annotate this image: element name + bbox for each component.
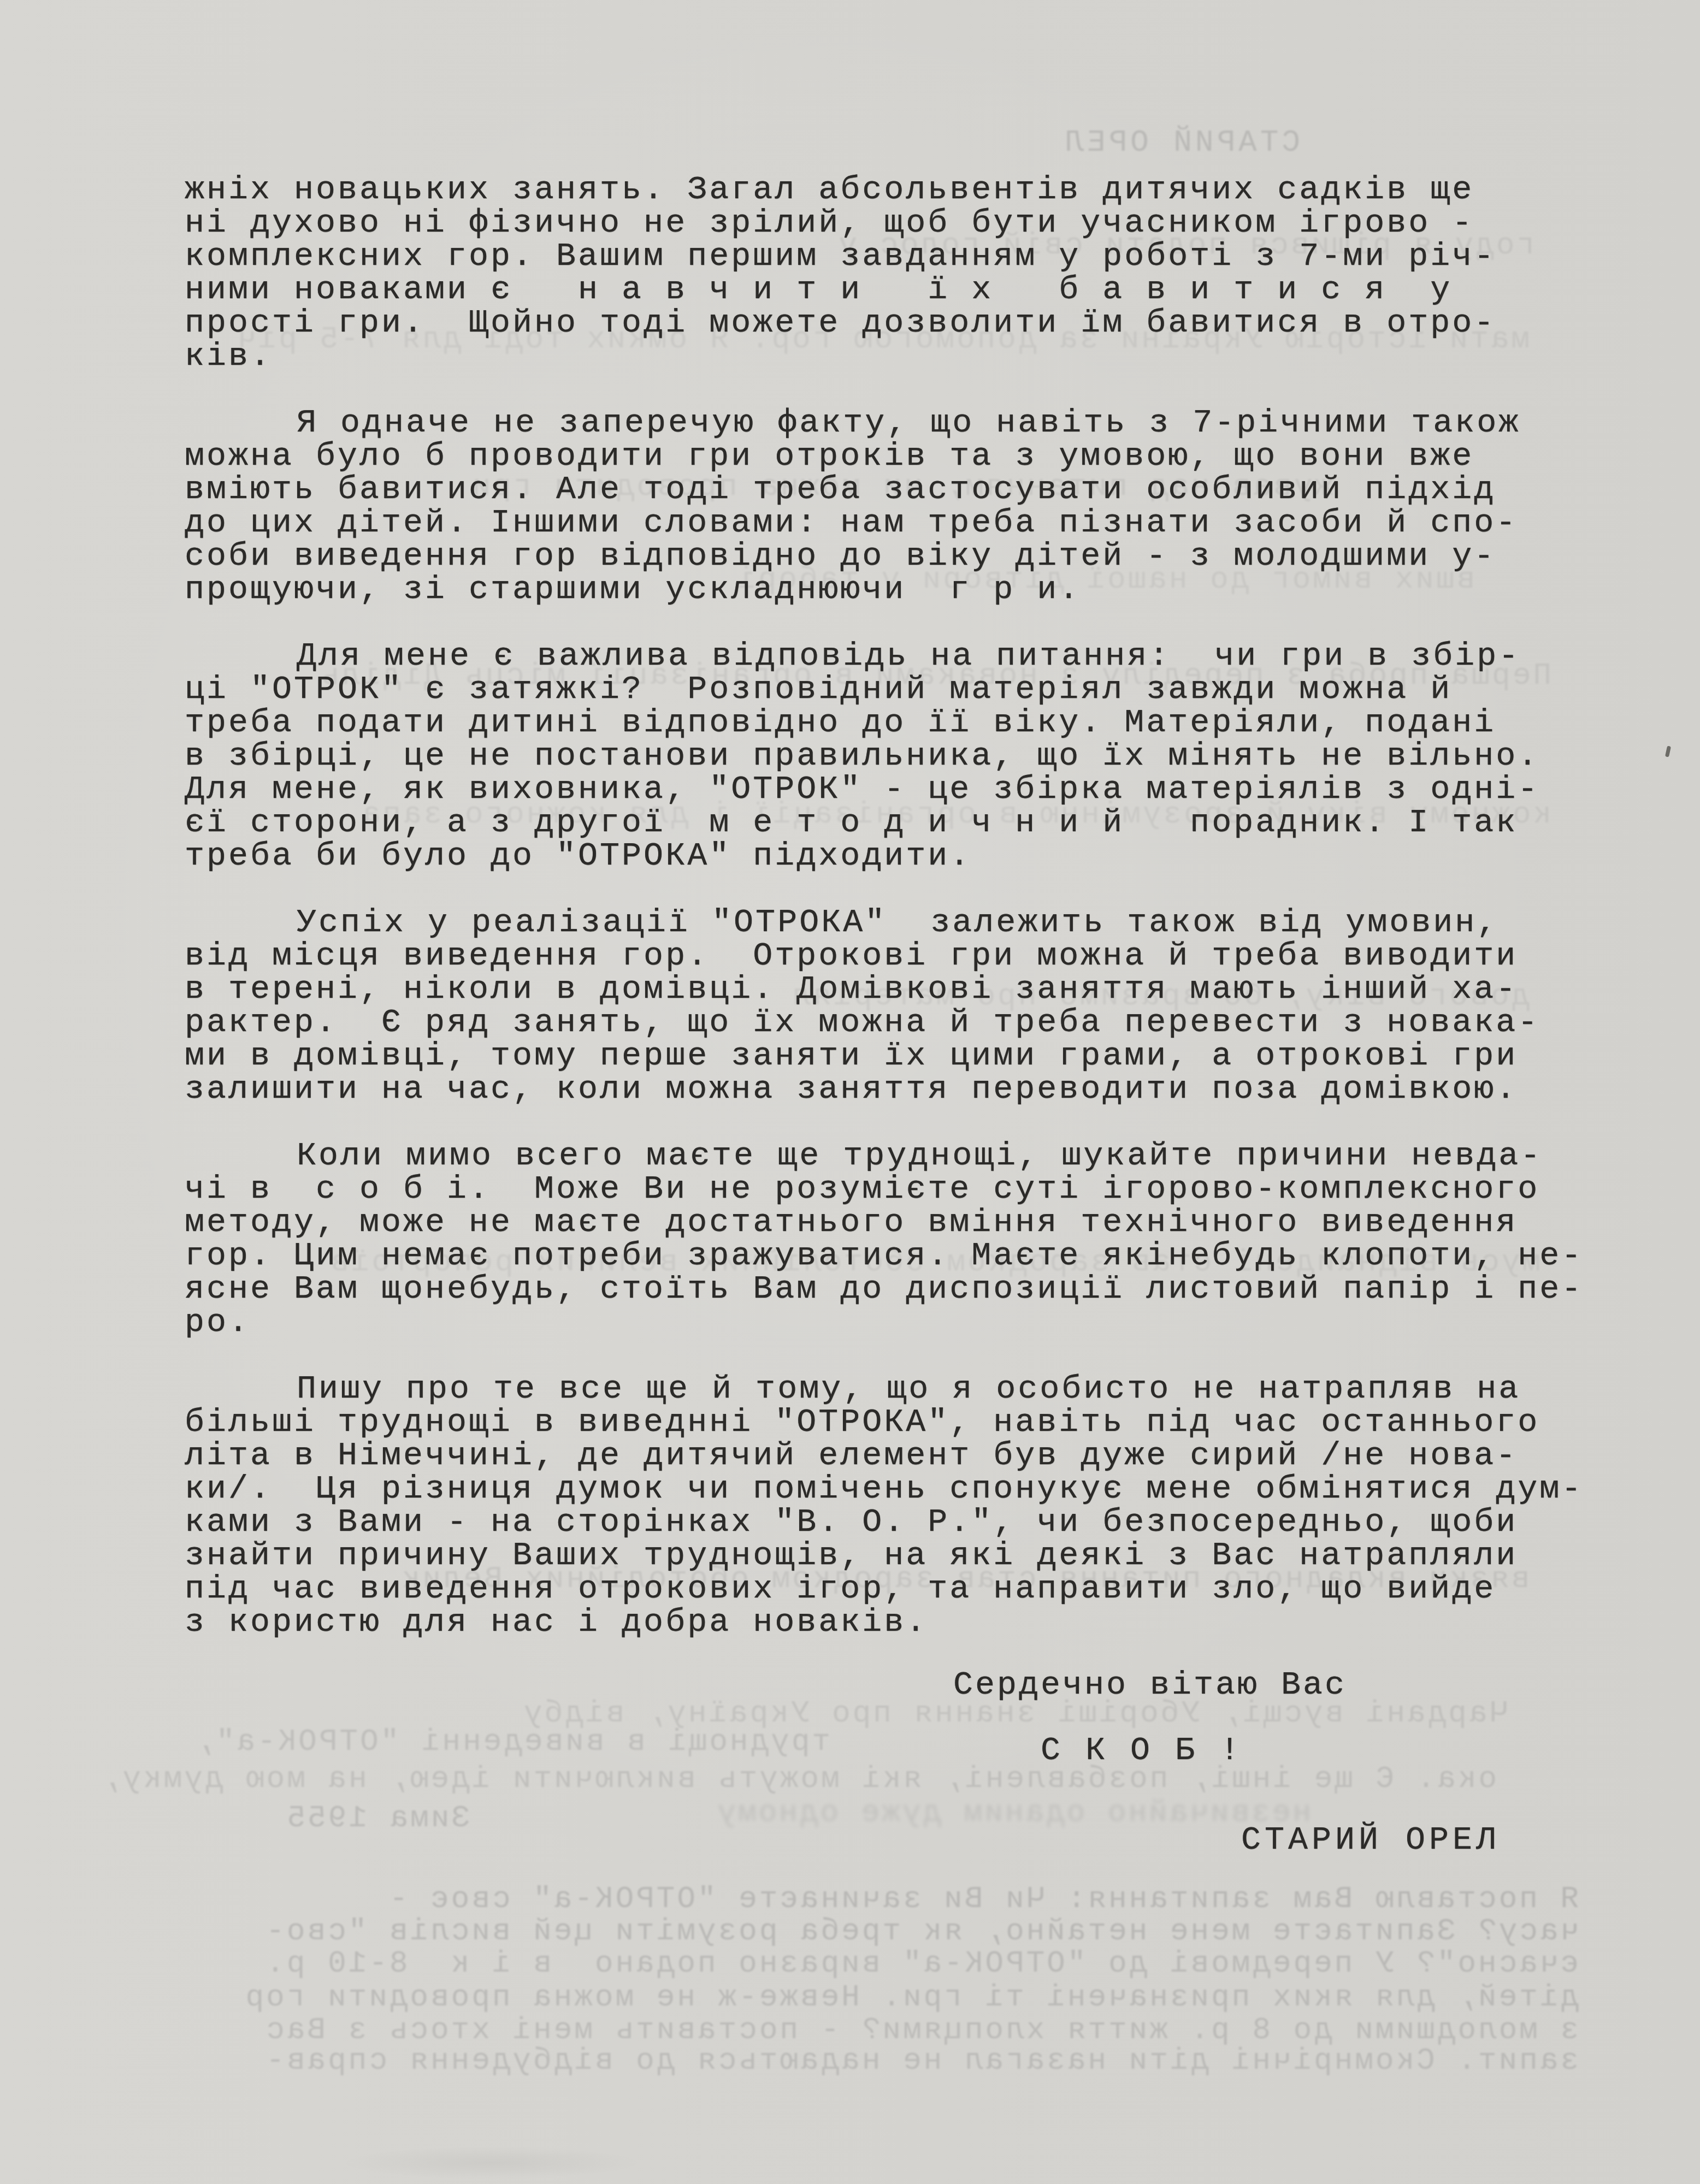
scan-speck	[1665, 745, 1671, 757]
letter-line: прості гри. Щойно тоді можете дозволити …	[185, 307, 1561, 340]
bleedthrough-line: з молодшими до 8 р. життя хлопцями? - по…	[93, 2014, 1579, 2046]
letter-line: єї сторони, а з другої м е т о д и ч н и…	[185, 807, 1561, 840]
scan-smudge	[339, 2146, 645, 2179]
letter-line: гор. Цим немає потреби зражуватися. Маєт…	[185, 1240, 1561, 1273]
letter-line: треба би було до "ОТРОКА" підходити.	[185, 840, 1561, 873]
bleedthrough-top-signature: СТАРИЙ ОРЕЛ	[1060, 127, 1300, 159]
bleedthrough-line: Я поставлю Вам запитання: Чи Ви зачинаєт…	[93, 1883, 1579, 1915]
bleedthrough-line: труднощі в виведенні "ОТРОК-а",	[66, 1726, 830, 1758]
letter-line: під час виведення отрокових ігор, та нап…	[185, 1573, 1561, 1606]
letter-line: Пишу про те все ще й тому, що я особисто…	[185, 1373, 1561, 1406]
letter-line: ми в домівці, тому перше заняти їх цими …	[185, 1040, 1561, 1073]
letter-line: треба подати дитині відповідно до її вік…	[185, 707, 1561, 740]
scanned-letter-page: СТАРИЙ ОРЕЛ году я рішився подати свій г…	[0, 0, 1700, 2184]
letter-line: Для мене, як виховника, "ОТРОК" - це збі…	[185, 773, 1561, 807]
letter-line: Успіх у реалізації "ОТРОКА" залежить так…	[185, 907, 1561, 940]
bleedthrough-line: дітей, для яких призначені ті гри. Невже…	[93, 1981, 1579, 2014]
letter-line: ків.	[185, 340, 1561, 374]
letter-line: знайти причину Ваших труднощів, на які д…	[185, 1540, 1561, 1573]
letter-line: в терені, ніколи в домівці. Домівкові за…	[185, 973, 1561, 1007]
paragraph: Пишу про те все ще й тому, що я особисто…	[185, 1373, 1561, 1640]
letter-line: ки/. Ця різниця думок чи помічень спонук…	[185, 1473, 1561, 1506]
letter-line: комплексних гор. Вашим першим завданням …	[185, 240, 1561, 274]
letter-line: прощуючи, зі старшими ускладнюючи г р и.	[185, 573, 1561, 607]
letter-line: в збірці, це не постанови правильника, щ…	[185, 740, 1561, 773]
bleedthrough-line: часу? Запитаєте мене нетайно, як треба р…	[93, 1915, 1579, 1948]
paragraph: Для мене є важлива відповідь на питання:…	[185, 640, 1561, 873]
letter-line: вміють бавитися. Але тоді треба застосув…	[185, 474, 1561, 507]
letter-signoff: Сердечно вітаю Вас	[953, 1667, 1347, 1704]
letter-line: ясне Вам щонебудь, стоїть Вам до диспози…	[185, 1273, 1561, 1306]
letter-line: залишити на час, коли можна заняття пере…	[185, 1073, 1561, 1106]
letter-line: до цих дітей. Іншими словами: нам треба …	[185, 507, 1561, 540]
letter-signature: СТАРИЙ ОРЕЛ	[1241, 1822, 1500, 1859]
letter-line: Коли мимо всего маєте ще труднощі, шукай…	[185, 1140, 1561, 1173]
letter-line: ро.	[185, 1306, 1561, 1340]
bleedthrough-line: єчасно"? У передмові до "ОТРОК-а" виразн…	[93, 1948, 1579, 1980]
letter-line: ними новаками є н а в ч и т и ї х б а в …	[185, 274, 1561, 307]
paragraph: Коли мимо всего маєте ще труднощі, шукай…	[185, 1140, 1561, 1340]
letter-line: Для мене є важлива відповідь на питання:…	[185, 640, 1561, 673]
letter-line: більші труднощі в виведнні "ОТРОКА", нав…	[185, 1406, 1561, 1440]
bleedthrough-line: запит. Скомнрічні діти назагал не надают…	[93, 2045, 1579, 2077]
letter-line: Я одначе не заперечую факту, що навіть з…	[185, 407, 1561, 440]
letter-line: ні духово ні фізично не зрілий, щоб бути…	[185, 207, 1561, 240]
bleedthrough-line: незвичайно оданим дуже одному	[492, 1797, 1311, 1829]
paragraph: жніх новацьких занять. Загал абсольвенті…	[185, 174, 1561, 374]
letter-line: ці "ОТРОК" є затяжкі? Розповідний матері…	[185, 673, 1561, 707]
bleedthrough-date: Зима 1955	[197, 1802, 470, 1834]
letter-line: ками з Вами - на сторінках "В. О. Р.", ч…	[185, 1506, 1561, 1540]
paragraph: Успіх у реалізації "ОТРОКА" залежить так…	[185, 907, 1561, 1106]
letter-body: жніх новацьких занять. Загал абсольвенті…	[185, 174, 1561, 1673]
scout-salute: С К О Б !	[1041, 1732, 1242, 1769]
letter-line: жніх новацьких занять. Загал абсольвенті…	[185, 174, 1561, 207]
letter-line: від місця виведення гор. Отрокові гри мо…	[185, 940, 1561, 973]
letter-line: рактер. Є ряд занять, що їх можна й треб…	[185, 1007, 1561, 1040]
letter-line: методу, може не маєте достатнього вміння…	[185, 1206, 1561, 1240]
letter-line: літа в Німеччині, де дитячий елемент був…	[185, 1440, 1561, 1473]
letter-line: можна було б проводити гри отроків та з …	[185, 440, 1561, 474]
bleedthrough-line: ока. Є ще інші, позбавлені, які можуть в…	[66, 1763, 1497, 1795]
letter-line: чі в с о б і. Може Ви не розумієте суті …	[185, 1173, 1561, 1206]
letter-line: соби виведення гор відповідно до віку ді…	[185, 540, 1561, 573]
letter-line: з користю для нас і добра новаків.	[185, 1606, 1561, 1640]
paragraph: Я одначе не заперечую факту, що навіть з…	[185, 407, 1561, 607]
